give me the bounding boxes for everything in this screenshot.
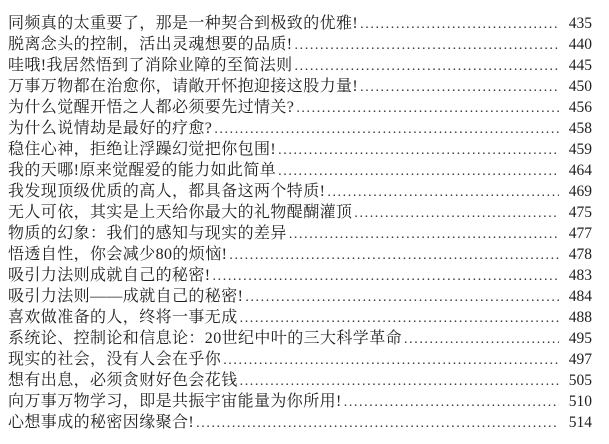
table-of-contents: 同频真的太重要了，那是一种契合到极致的优雅! 435 脱离念头的控制，活出灵魂想…	[0, 0, 609, 444]
toc-entry-page-number: 510	[559, 393, 592, 409]
toc-entry-page-number: 505	[559, 372, 592, 388]
toc-entry-page-number: 483	[559, 267, 592, 283]
toc-entry-title: 物质的幻象：我们的感知与现实的差异	[8, 220, 287, 241]
toc-entry-page-number: 497	[559, 351, 592, 367]
toc-entry[interactable]: 喜欢做准备的人，终将一事无成 488	[8, 304, 592, 325]
toc-entry-page-number: 456	[559, 99, 592, 115]
dot-leader	[213, 267, 559, 283]
toc-entry-title: 吸引力法则——成就自己的秘密!	[8, 283, 243, 304]
toc-entry-page-number: 488	[559, 309, 592, 325]
toc-entry-title: 我的天哪!原来觉醒爱的能力如此简单	[8, 157, 276, 178]
toc-entry-page-number: 464	[559, 162, 592, 178]
dot-leader	[295, 36, 559, 52]
toc-entry[interactable]: 同频真的太重要了，那是一种契合到极致的优雅! 435	[8, 10, 592, 31]
toc-entry-title: 脱离念头的控制，活出灵魂想要的品质!	[8, 31, 293, 52]
dot-leader	[278, 162, 559, 178]
toc-entry-page-number: 459	[559, 141, 592, 157]
toc-entry-title: 向万事万物学习，即是共振宇宙能量为你所用!	[8, 388, 342, 409]
dot-leader	[223, 351, 559, 367]
toc-entry[interactable]: 为什么说情劫是最好的疗愈? 458	[8, 115, 592, 136]
dot-leader	[278, 141, 559, 157]
dot-leader	[289, 225, 559, 241]
toc-entry-title: 万事万物都在治愈你，请敞开怀抱迎接这股力量!	[8, 73, 358, 94]
toc-entry-page-number: 435	[559, 15, 592, 31]
toc-entry-title: 为什么觉醒开悟之人都必须要先过情关?	[8, 94, 294, 115]
dot-leader	[214, 120, 559, 136]
dot-leader	[229, 246, 559, 262]
toc-entry-page-number: 469	[559, 183, 592, 199]
dot-leader	[240, 372, 559, 388]
dot-leader	[245, 288, 559, 304]
toc-entry-page-number: 514	[559, 414, 592, 430]
toc-entry-title: 现实的社会，没有人会在乎你	[8, 346, 221, 367]
toc-entry[interactable]: 现实的社会，没有人会在乎你 497	[8, 346, 592, 367]
toc-entry-page-number: 440	[559, 36, 592, 52]
dot-leader	[296, 99, 559, 115]
toc-entry[interactable]: 为什么觉醒开悟之人都必须要先过情关? 456	[8, 94, 592, 115]
toc-entry[interactable]: 我的天哪!原来觉醒爱的能力如此简单 464	[8, 157, 592, 178]
toc-entry[interactable]: 吸引力法则成就自己的秘密! 483	[8, 262, 592, 283]
toc-entry-page-number: 475	[559, 204, 592, 220]
dot-leader	[196, 414, 559, 430]
toc-entry[interactable]: 物质的幻象：我们的感知与现实的差异 477	[8, 220, 592, 241]
dot-leader	[404, 330, 559, 346]
toc-entry-title: 吸引力法则成就自己的秘密!	[8, 262, 211, 283]
toc-entry-title: 稳住心神，拒绝让浮躁幻觉把你包围!	[8, 136, 276, 157]
dot-leader	[360, 78, 559, 94]
toc-entry-page-number: 450	[559, 78, 592, 94]
toc-entry[interactable]: 脱离念头的控制，活出灵魂想要的品质! 440	[8, 31, 592, 52]
dot-leader	[240, 309, 559, 325]
dot-leader	[344, 393, 559, 409]
toc-entry-title: 为什么说情劫是最好的疗愈?	[8, 115, 212, 136]
toc-entry-page-number: 484	[559, 288, 592, 304]
toc-entry[interactable]: 稳住心神，拒绝让浮躁幻觉把你包围! 459	[8, 136, 592, 157]
dot-leader	[295, 57, 559, 73]
toc-entry-title: 喜欢做准备的人，终将一事无成	[8, 304, 238, 325]
toc-entry-page-number: 495	[559, 330, 592, 346]
toc-entry[interactable]: 向万事万物学习，即是共振宇宙能量为你所用! 510	[8, 388, 592, 409]
toc-entry-title: 心想事成的秘密因缘聚合!	[8, 409, 194, 430]
toc-entry[interactable]: 吸引力法则——成就自己的秘密! 484	[8, 283, 592, 304]
toc-entry-page-number: 445	[559, 57, 592, 73]
toc-entry-title: 想有出息，必须贪财好色会花钱	[8, 367, 238, 388]
toc-entry[interactable]: 万事万物都在治愈你，请敞开怀抱迎接这股力量! 450	[8, 73, 592, 94]
toc-entry[interactable]: 想有出息，必须贪财好色会花钱 505	[8, 367, 592, 388]
dot-leader	[327, 183, 559, 199]
toc-entry[interactable]: 心想事成的秘密因缘聚合! 514	[8, 409, 592, 430]
toc-entry-title: 哇哦!我居然悟到了消除业障的至简法则	[8, 52, 293, 73]
toc-entry-title: 悟透自性，你会减少80的烦恼!	[8, 241, 227, 262]
toc-entry[interactable]: 系统论、控制论和信息论：20世纪中叶的三大科学革命 495	[8, 325, 592, 346]
toc-entry[interactable]: 无人可依，其实是上天给你最大的礼物醍醐灌顶 475	[8, 199, 592, 220]
toc-entry-title: 系统论、控制论和信息论：20世纪中叶的三大科学革命	[8, 325, 402, 346]
toc-entry[interactable]: 哇哦!我居然悟到了消除业障的至简法则 445	[8, 52, 592, 73]
dot-leader	[354, 204, 559, 220]
dot-leader	[360, 15, 559, 31]
toc-entry-title: 无人可依，其实是上天给你最大的礼物醍醐灌顶	[8, 199, 352, 220]
toc-entry-page-number: 458	[559, 120, 592, 136]
toc-entry-title: 同频真的太重要了，那是一种契合到极致的优雅!	[8, 10, 358, 31]
toc-entry-title: 我发现顶级优质的高人，都具备这两个特质!	[8, 178, 325, 199]
toc-entry[interactable]: 我发现顶级优质的高人，都具备这两个特质! 469	[8, 178, 592, 199]
toc-entry-page-number: 478	[559, 246, 592, 262]
toc-entry-page-number: 477	[559, 225, 592, 241]
toc-entry[interactable]: 悟透自性，你会减少80的烦恼! 478	[8, 241, 592, 262]
